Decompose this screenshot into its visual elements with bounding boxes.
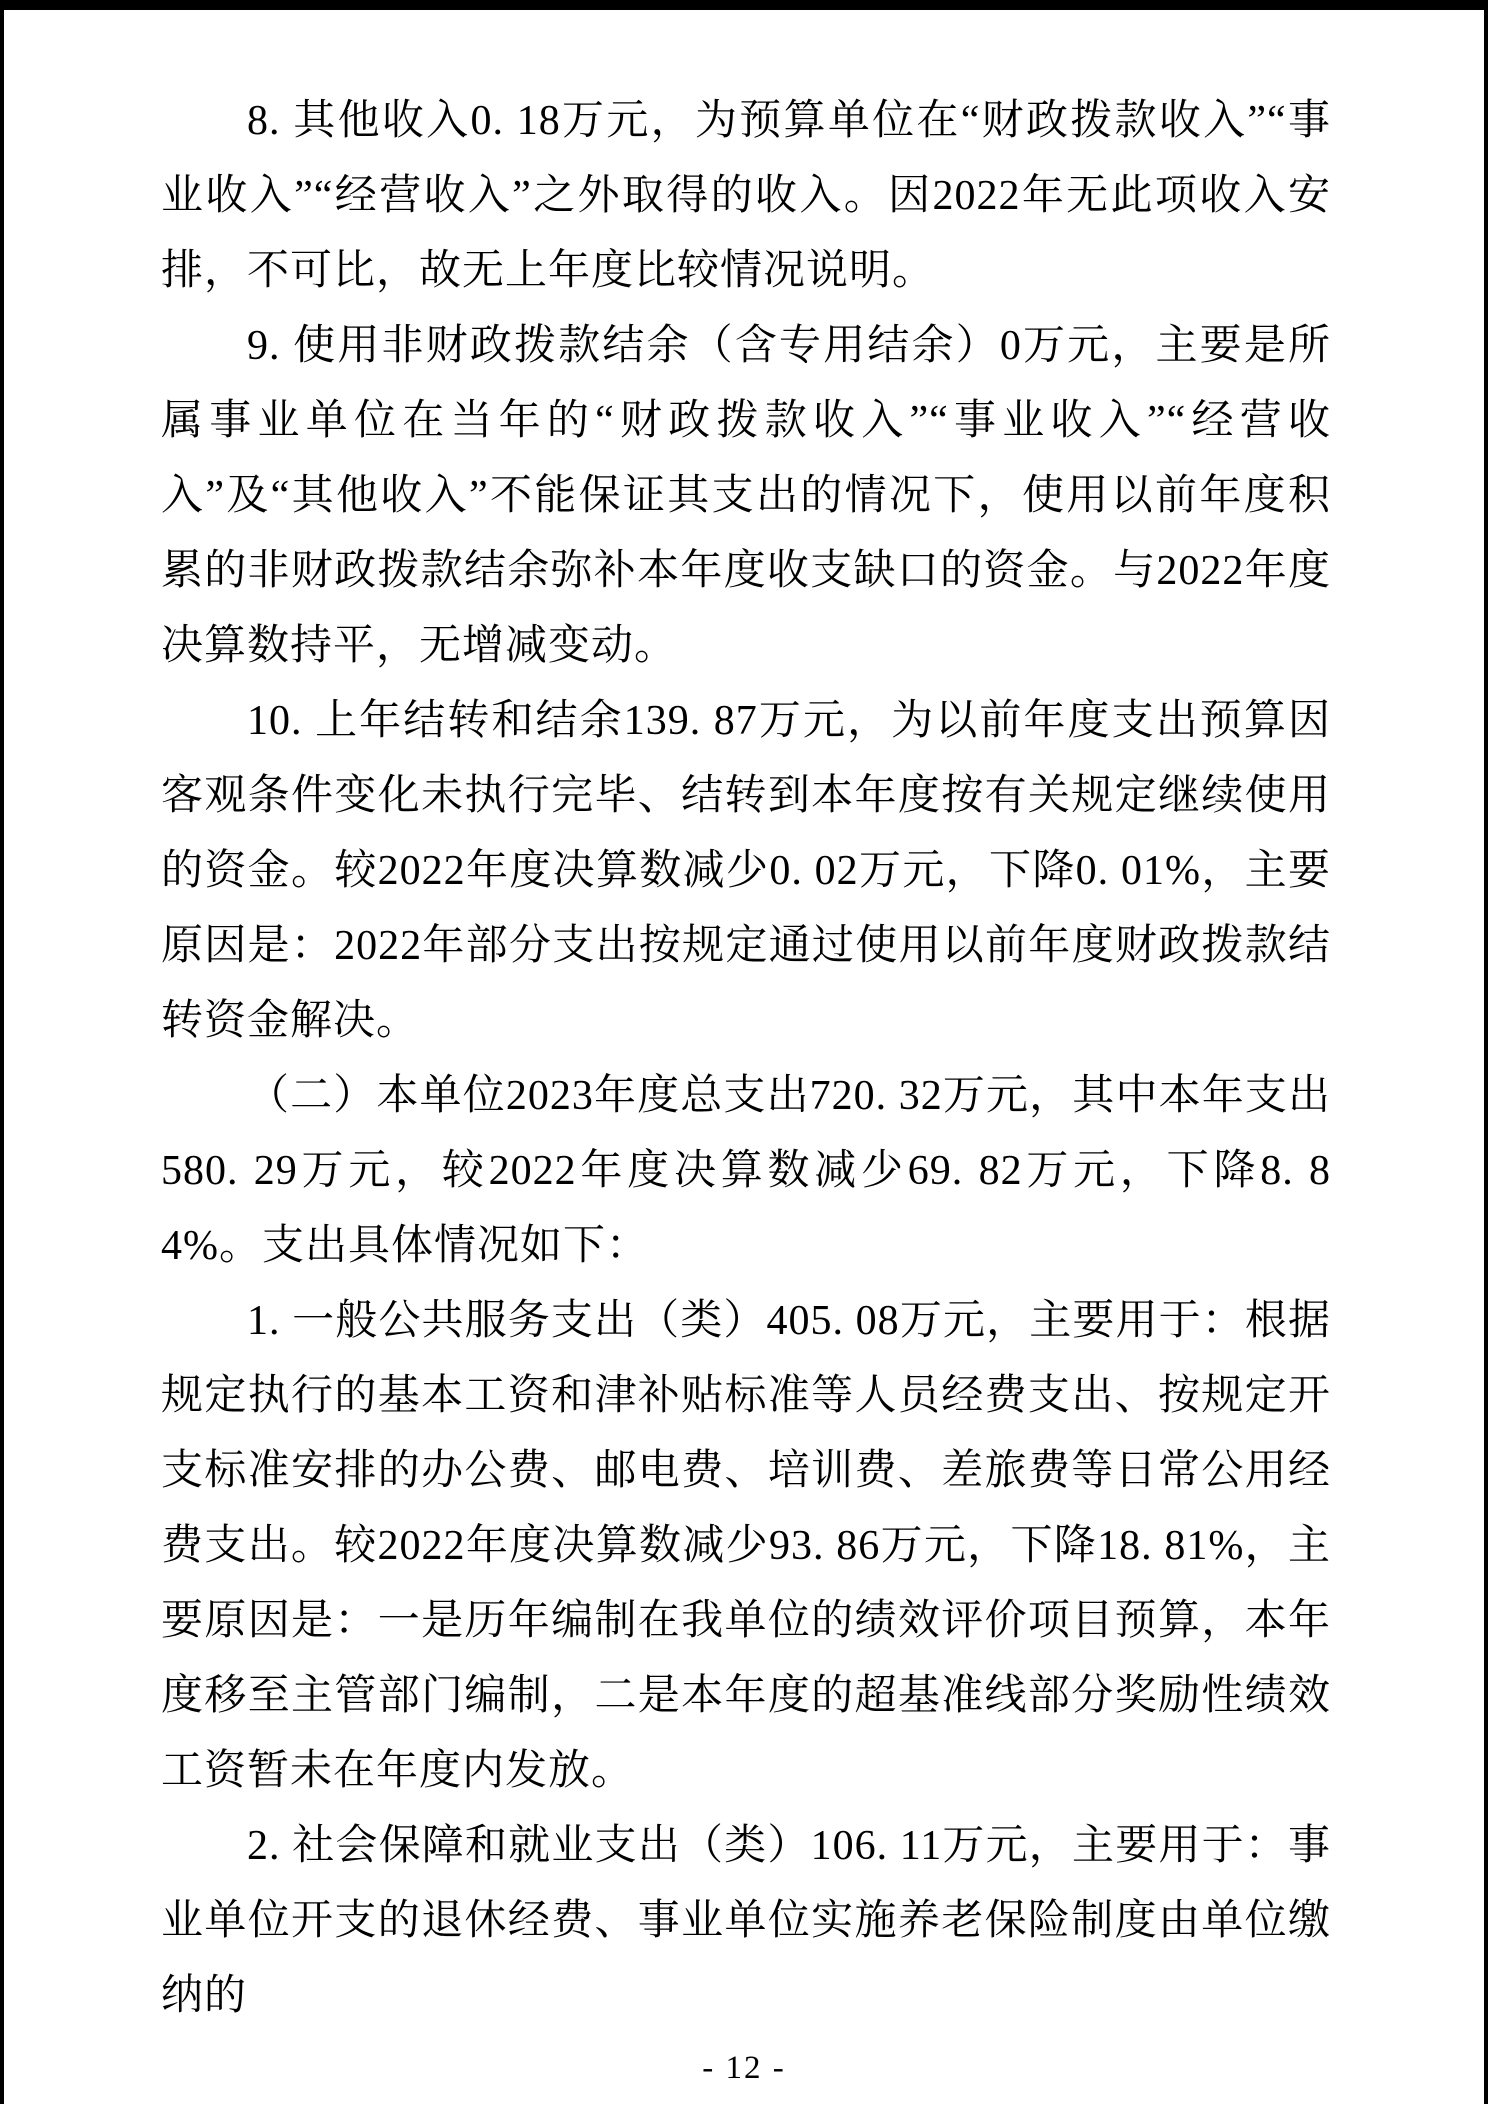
- paragraph-social-security-employment: 2. 社会保障和就业支出（类）106. 11万元，主要用于：事业单位开支的退休经…: [161, 1809, 1331, 2034]
- document-page: 8. 其他收入0. 18万元，为预算单位在“财政拨款收入”“事业收入”“经营收入…: [0, 0, 1488, 2104]
- paragraph-prior-year-carryover: 10. 上年结转和结余139. 87万元，为以前年度支出预算因客观条件变化未执行…: [161, 684, 1331, 1059]
- page-left-border: [0, 0, 4, 2104]
- document-body: 8. 其他收入0. 18万元，为预算单位在“财政拨款收入”“事业收入”“经营收入…: [161, 84, 1331, 2034]
- page-footer: - 12 -: [0, 2048, 1488, 2088]
- paragraph-general-public-service: 1. 一般公共服务支出（类）405. 08万元，主要用于：根据规定执行的基本工资…: [161, 1284, 1331, 1809]
- paragraph-other-income: 8. 其他收入0. 18万元，为预算单位在“财政拨款收入”“事业收入”“经营收入…: [161, 84, 1331, 309]
- page-right-border: [1484, 0, 1488, 2104]
- paragraph-non-fiscal-carryover: 9. 使用非财政拨款结余（含专用结余）0万元，主要是所属事业单位在当年的“财政拨…: [161, 309, 1331, 684]
- page-number: - 12 -: [702, 2050, 785, 2086]
- page-top-border: [0, 0, 1488, 10]
- paragraph-total-expenditure: （二）本单位2023年度总支出720. 32万元，其中本年支出580. 29万元…: [161, 1059, 1331, 1284]
